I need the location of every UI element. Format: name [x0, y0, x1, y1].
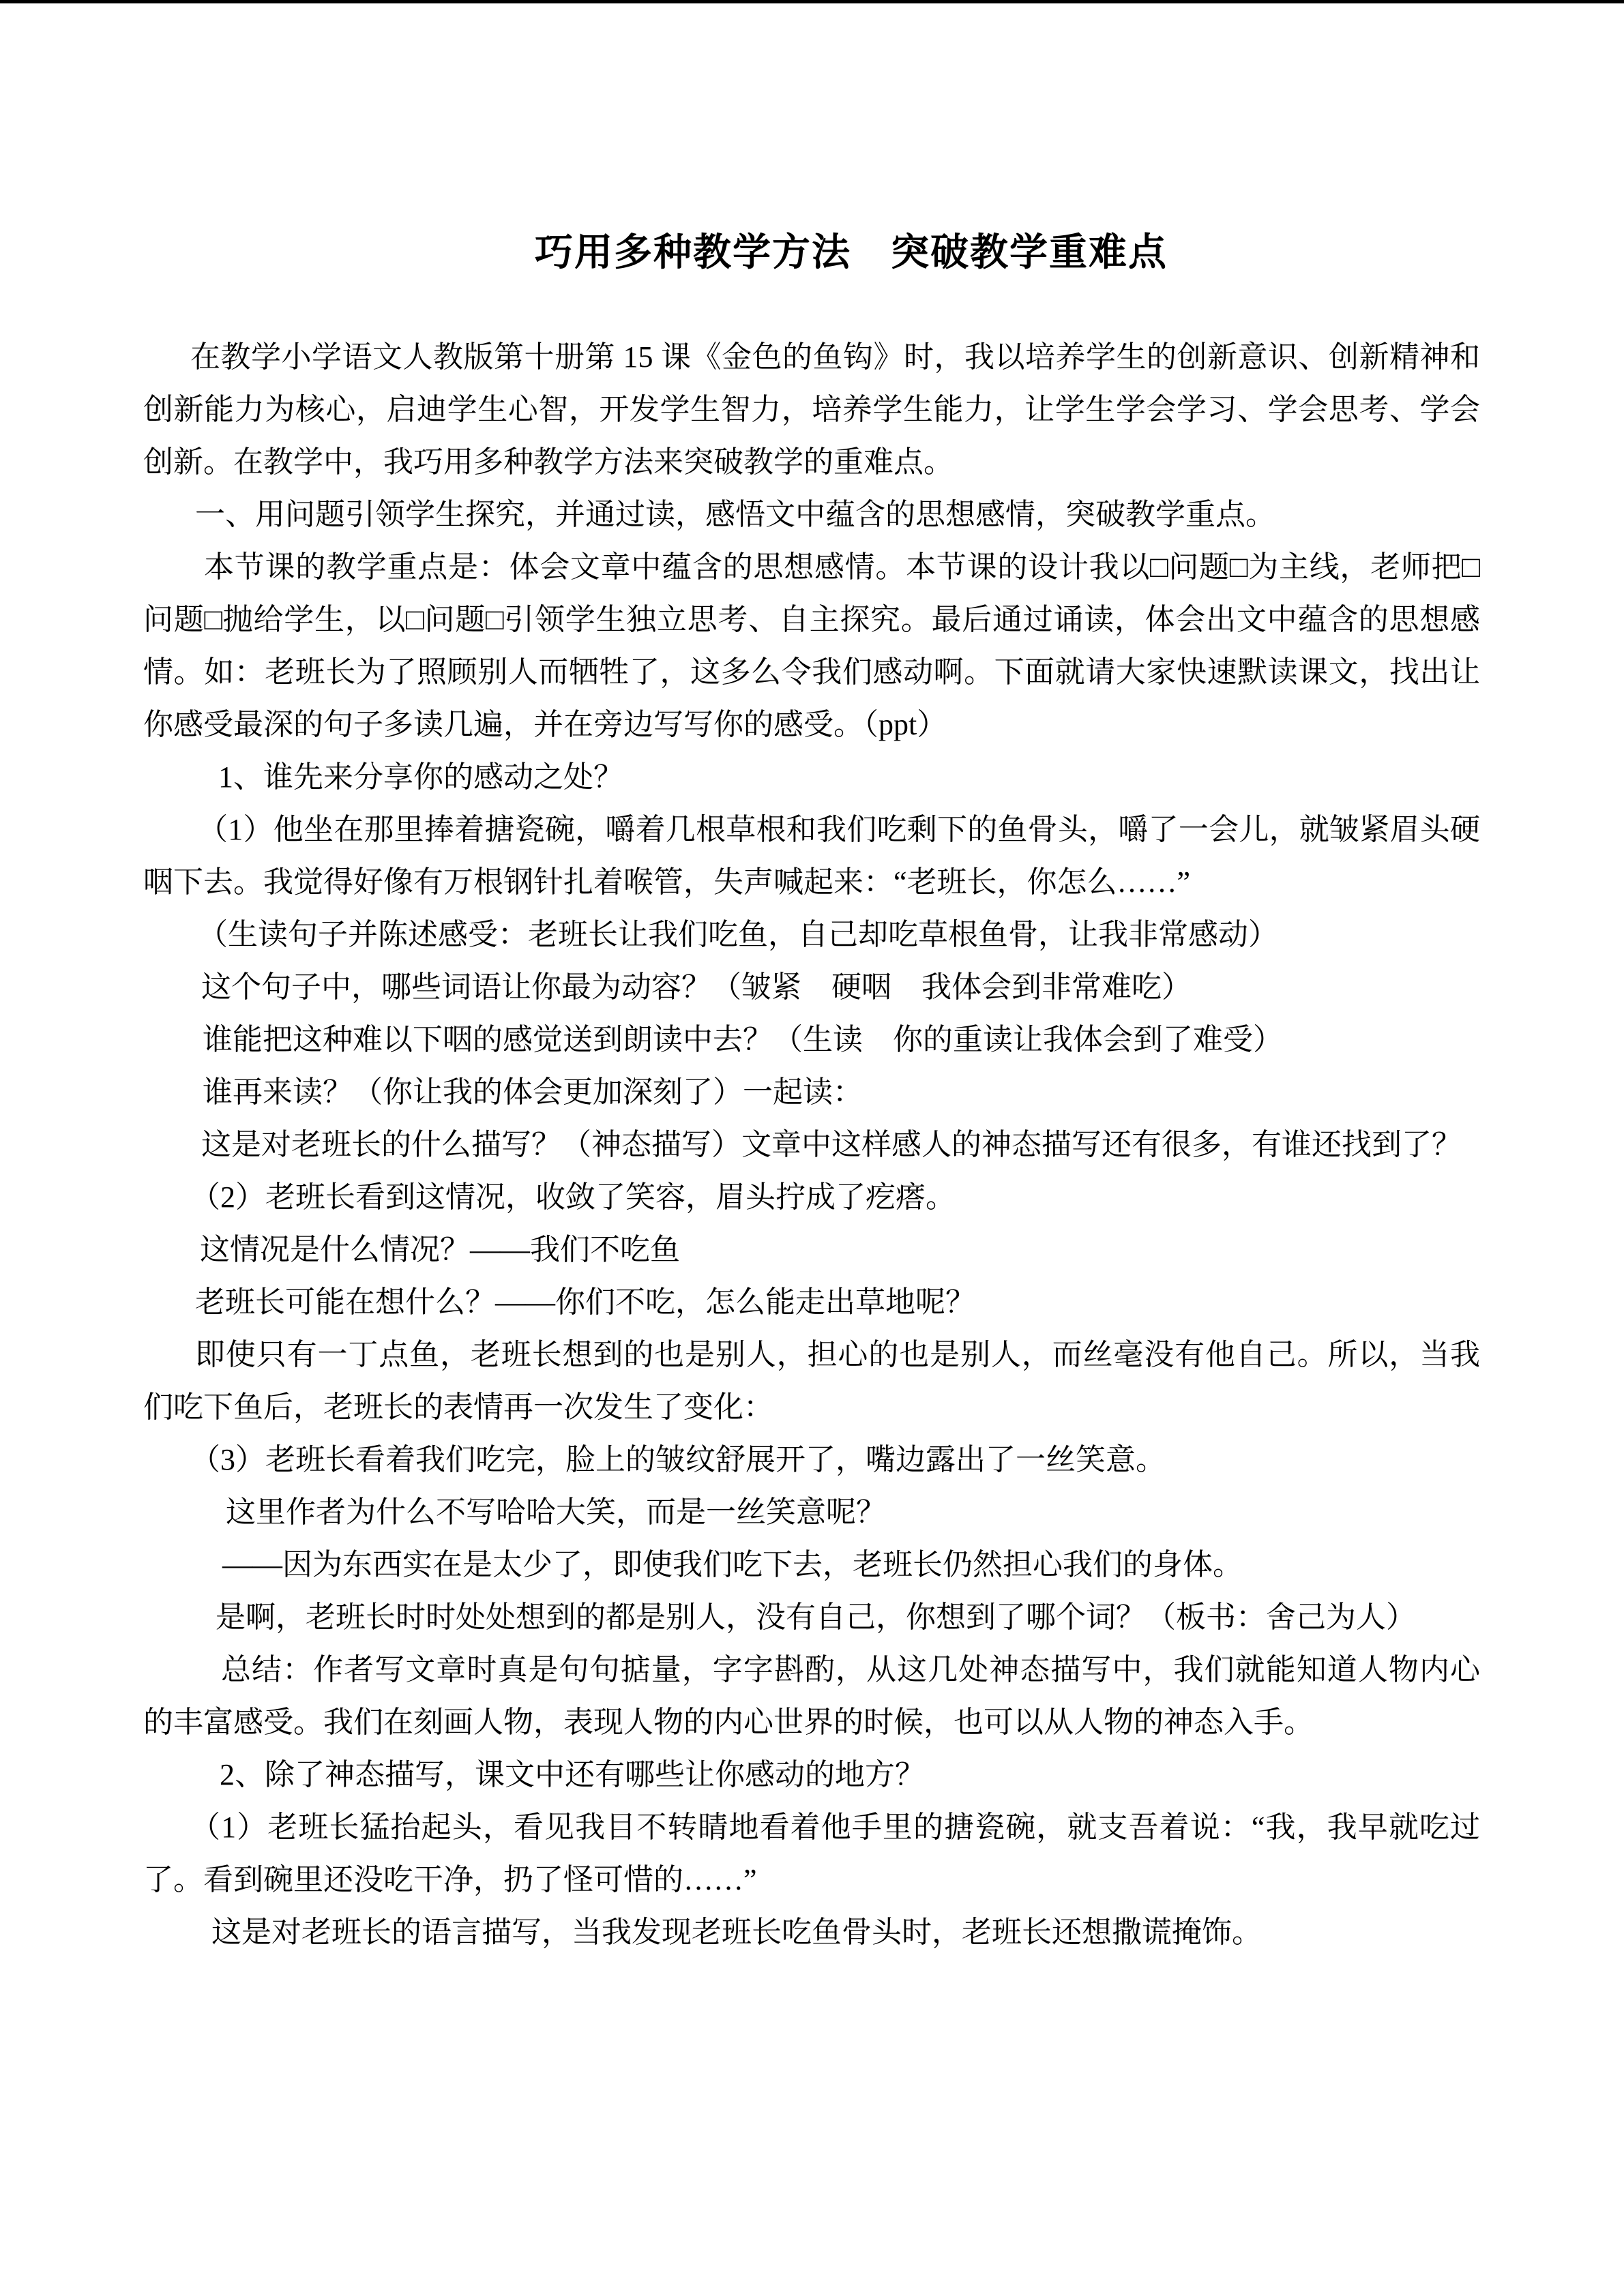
- document-title: 巧用多种教学方法 突破教学重难点: [143, 229, 1481, 275]
- paragraph: 这情况是什么情况？——我们不吃鱼: [143, 1223, 1480, 1276]
- paragraph: 这是对老班长的什么描写？（神态描写）文章中这样感人的神态描写还有很多，有谁还找到…: [143, 1118, 1480, 1171]
- paragraph: 这个句子中，哪些词语让你最为动容？（皱紧 硬咽 我体会到非常难吃）: [143, 961, 1480, 1013]
- paragraph: （生读句子并陈述感受：老班长让我们吃鱼，自己却吃草根鱼骨，让我非常感动）: [143, 908, 1480, 961]
- paragraph: 是啊，老班长时时处处想到的都是别人，没有自己，你想到了哪个词？（板书：舍己为人）: [143, 1591, 1480, 1643]
- paragraph: 这里作者为什么不写哈哈大笑，而是一丝笑意呢？: [143, 1486, 1480, 1538]
- paragraph: 总结：作者写文章时真是句句掂量，字字斟酌，从这几处神态描写中，我们就能知道人物内…: [143, 1643, 1480, 1748]
- paragraph: 2、除了神态描写，课文中还有哪些让你感动的地方？: [143, 1748, 1480, 1801]
- paragraph: （1）老班长猛抬起头，看见我目不转睛地看着他手里的搪瓷碗，就支吾着说：“我，我早…: [143, 1801, 1480, 1906]
- paragraph: ——因为东西实在是太少了，即使我们吃下去，老班长仍然担心我们的身体。: [143, 1538, 1480, 1591]
- paragraph: 谁再来读？（你让我的体会更加深刻了）一起读：: [143, 1066, 1480, 1118]
- paragraph: 在教学小学语文人教版第十册第 15 课《金色的鱼钩》时，我以培养学生的创新意识、…: [143, 331, 1480, 488]
- paragraph: 1、谁先来分享你的感动之处？: [143, 751, 1480, 803]
- paragraph: （1）他坐在那里捧着搪瓷碗，嚼着几根草根和我们吃剩下的鱼骨头，嚼了一会儿，就皱紧…: [143, 803, 1480, 908]
- document-page: 巧用多种教学方法 突破教学重难点 在教学小学语文人教版第十册第 15 课《金色的…: [0, 0, 1624, 2296]
- top-edge-bar: [0, 0, 1624, 3]
- paragraph: （3）老班长看着我们吃完，脸上的皱纹舒展开了，嘴边露出了一丝笑意。: [143, 1433, 1480, 1486]
- document-body: 在教学小学语文人教版第十册第 15 课《金色的鱼钩》时，我以培养学生的创新意识、…: [143, 331, 1480, 1958]
- paragraph: 这是对老班长的语言描写，当我发现老班长吃鱼骨头时，老班长还想撒谎掩饰。: [143, 1906, 1480, 1958]
- paragraph: （2）老班长看到这情况，收敛了笑容，眉头拧成了疙瘩。: [143, 1171, 1480, 1223]
- paragraph: 即使只有一丁点鱼，老班长想到的也是别人，担心的也是别人，而丝毫没有他自己。所以，…: [143, 1328, 1480, 1433]
- paragraph: 谁能把这种难以下咽的感觉送到朗读中去？（生读 你的重读让我体会到了难受）: [143, 1013, 1480, 1066]
- paragraph: 老班长可能在想什么？——你们不吃，怎么能走出草地呢？: [143, 1276, 1480, 1328]
- paragraph: 本节课的教学重点是：体会文章中蕴含的思想感情。本节课的设计我以□问题□为主线，老…: [143, 541, 1480, 751]
- paragraph: 一、用问题引领学生探究，并通过读，感悟文中蕴含的思想感情，突破教学重点。: [143, 488, 1480, 541]
